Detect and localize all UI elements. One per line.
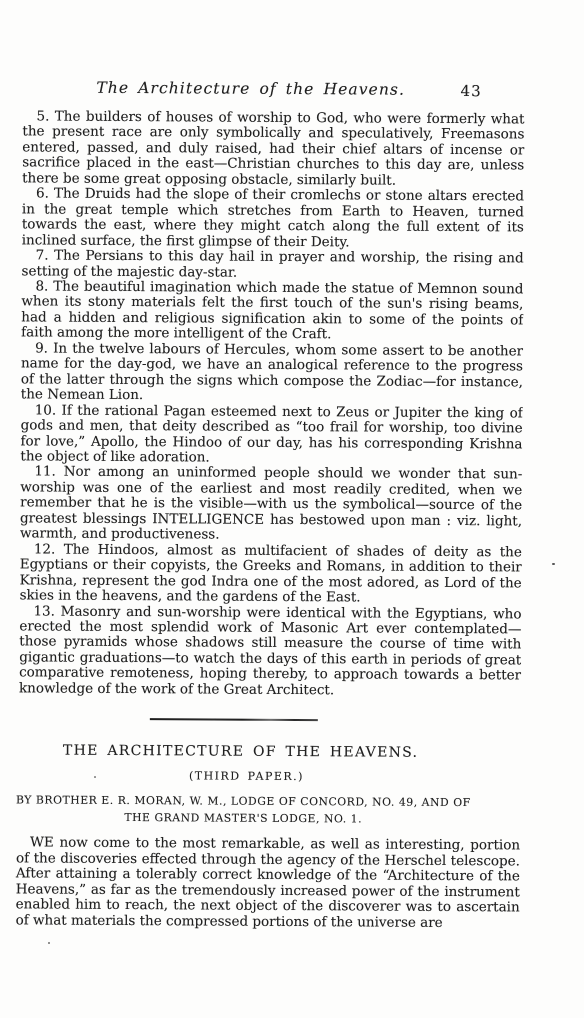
page-number: 43 — [461, 82, 482, 100]
scanned-content: The Architecture of the Heavens. 43 5. T… — [0, 0, 584, 1018]
scan-speck — [94, 776, 96, 778]
body-paragraph: 7. The Persians to this day hail in pray… — [22, 248, 524, 282]
new-article-section: THE ARCHITECTURE OF THE HEAVENS. (THIRD … — [16, 717, 521, 931]
byline-line-1: BY BROTHER E. R. MORAN, W. M., LODGE OF … — [0, 792, 495, 812]
article-title: THE ARCHITECTURE OF THE HEAVENS. — [0, 743, 493, 762]
body-paragraph: 9. In the twelve labours of Hercules, wh… — [21, 341, 523, 406]
running-header: The Architecture of the Heavens. 43 — [23, 78, 525, 101]
body-paragraph: 10. If the rational Pagan esteemed next … — [20, 403, 522, 468]
numbered-paragraph-list: 5. The builders of houses of worship to … — [19, 109, 525, 699]
body-paragraph: 12. The Hindoos, almost as multifacient … — [20, 542, 522, 607]
body-paragraph: 13. Masonry and sun-worship were identic… — [19, 604, 522, 700]
body-paragraph: 8. The beautiful imagination which made … — [21, 279, 523, 344]
body-paragraph: 11. Nor among an uninformed people shoul… — [20, 465, 522, 545]
scan-speck — [48, 942, 50, 944]
scan-speck — [552, 563, 555, 565]
byline-line-2: THE GRAND MASTER'S LODGE, NO. 1. — [0, 809, 495, 829]
running-head-title: The Architecture of the Heavens. — [96, 79, 405, 99]
body-paragraph: 5. The builders of houses of worship to … — [22, 109, 524, 189]
section-divider — [150, 718, 318, 721]
paper-series-note: (THIRD PAPER.) — [0, 769, 499, 785]
body-paragraph: 6. The Druids had the slope of their cro… — [22, 187, 524, 252]
article-intro-paragraph: WE now come to the most remarkable, as w… — [16, 836, 521, 932]
byline: BY BROTHER E. R. MORAN, W. M., LODGE OF … — [0, 792, 495, 829]
book-page: The Architecture of the Heavens. 43 5. T… — [0, 0, 584, 1018]
